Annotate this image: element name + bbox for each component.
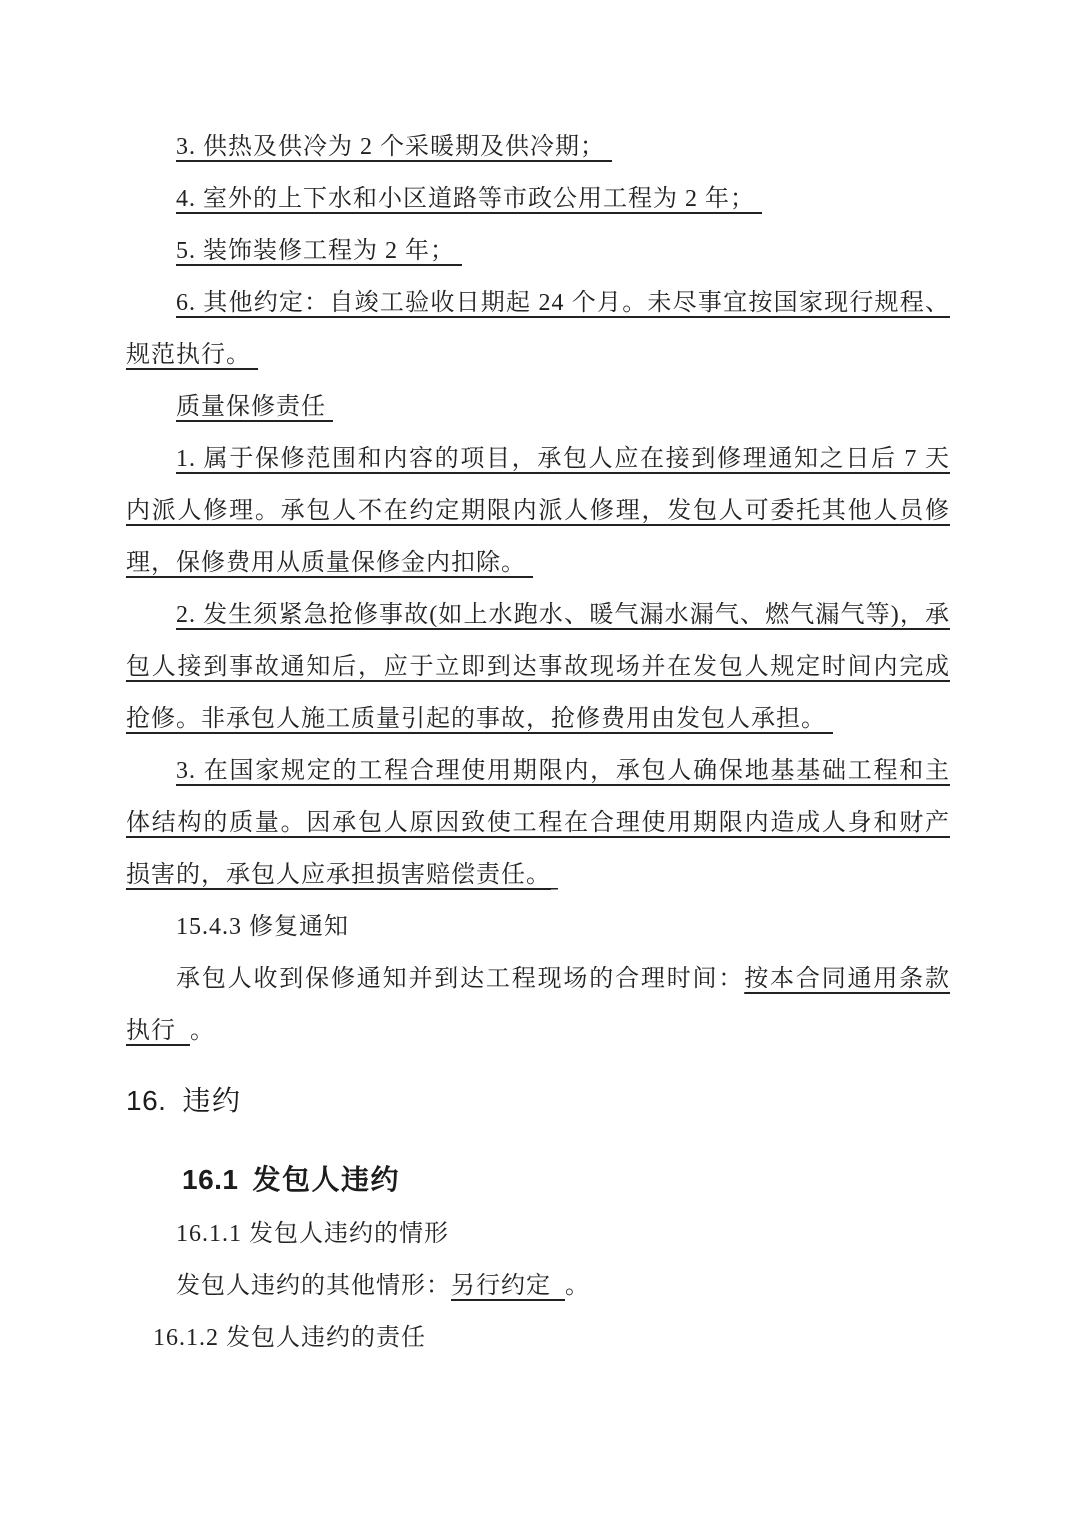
warranty-liability-clause-3: 3. 在国家规定的工程合理使用期限内，承包人确保地基基础工程和主体结构的质量。因…	[126, 745, 950, 901]
warranty-item-3-text: 3. 供热及供冷为 2 个采暖期及供冷期；	[176, 134, 612, 160]
section-16-number: 16.	[126, 1085, 166, 1116]
repair-notice-suffix: 。	[190, 1018, 215, 1044]
other-breach-filled-blank: 另行约定	[451, 1273, 565, 1299]
section-16-1-number: 16.1	[182, 1164, 239, 1195]
clause-16-1-1-heading: 16.1.1 发包人违约的情形	[126, 1208, 950, 1260]
repair-notice-heading: 15.4.3 修复通知	[126, 901, 950, 953]
warranty-item-6: 6. 其他约定：自竣工验收日期起 24 个月。未尽事宜按国家现行规程、规范执行。	[126, 277, 950, 381]
warranty-item-6-text: 6. 其他约定：自竣工验收日期起 24 个月。未尽事宜按国家现行规程、规范执行。	[126, 290, 950, 368]
document-page: 3. 供热及供冷为 2 个采暖期及供冷期； 4. 室外的上下水和小区道路等市政公…	[0, 0, 1074, 1520]
other-breach-suffix: 。	[565, 1273, 590, 1299]
other-breach-clause: 发包人违约的其他情形：另行约定。	[126, 1260, 950, 1312]
warranty-liability-heading-text: 质量保修责任	[176, 394, 333, 420]
warranty-liability-clause-2-text: 2. 发生须紧急抢修事故(如上水跑水、暖气漏水漏气、燃气漏气等)，承包人接到事故…	[126, 602, 950, 732]
warranty-item-5-text: 5. 装饰装修工程为 2 年；	[176, 238, 462, 264]
warranty-liability-clause-3-text: 3. 在国家规定的工程合理使用期限内，承包人确保地基基础工程和主体结构的质量。因…	[126, 758, 950, 888]
warranty-item-3: 3. 供热及供冷为 2 个采暖期及供冷期；	[126, 121, 950, 173]
warranty-liability-heading: 质量保修责任	[126, 381, 950, 433]
section-16-1-heading: 16.1发包人违约	[126, 1154, 950, 1206]
warranty-item-4-text: 4. 室外的上下水和小区道路等市政公用工程为 2 年；	[176, 186, 762, 212]
warranty-liability-clause-1-text: 1. 属于保修范围和内容的项目，承包人应在接到修理通知之日后 7 天内派人修理。…	[126, 446, 950, 576]
other-breach-prefix: 发包人违约的其他情形：	[176, 1273, 451, 1299]
section-16-1-title: 发包人违约	[253, 1164, 401, 1195]
clause-16-1-2-heading: 16.1.2 发包人违约的责任	[126, 1312, 950, 1364]
warranty-item-5: 5. 装饰装修工程为 2 年；	[126, 225, 950, 277]
repair-notice-prefix: 承包人收到保修通知并到达工程现场的合理时间：	[176, 966, 744, 992]
repair-notice-clause: 承包人收到保修通知并到达工程现场的合理时间：按本合同通用条款执行。	[126, 953, 950, 1057]
section-16-title: 违约	[182, 1085, 241, 1116]
contract-text-block: 3. 供热及供冷为 2 个采暖期及供冷期； 4. 室外的上下水和小区道路等市政公…	[126, 121, 950, 1364]
warranty-liability-clause-1: 1. 属于保修范围和内容的项目，承包人应在接到修理通知之日后 7 天内派人修理。…	[126, 433, 950, 589]
warranty-item-4: 4. 室外的上下水和小区道路等市政公用工程为 2 年；	[126, 173, 950, 225]
warranty-liability-clause-2: 2. 发生须紧急抢修事故(如上水跑水、暖气漏水漏气、燃气漏气等)，承包人接到事故…	[126, 589, 950, 745]
section-16-heading: 16.违约	[126, 1075, 950, 1127]
